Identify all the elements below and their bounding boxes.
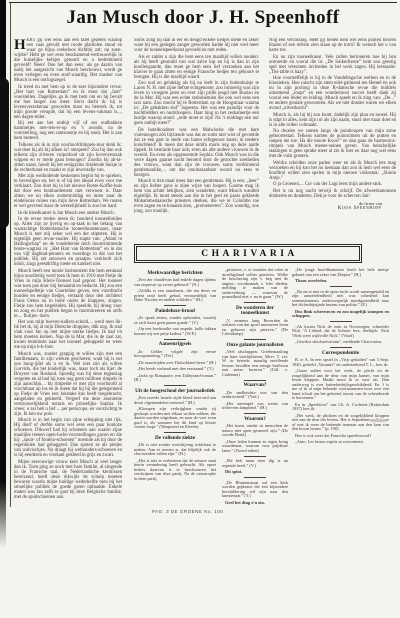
article-paragraph: In de kleedkamer is Jan Musch een andere… [14, 211, 122, 216]
article-paragraph: Weldra scheiden onze paden weer en als i… [269, 161, 396, 181]
article-paragraph: Bij eet aan het ontbijt vijf of zes oudb… [14, 121, 122, 141]
charivaria-quote: „Een tweede heuele zijde kleed heet ned … [134, 396, 216, 405]
charivaria-quote: „Het werk, de plichten en de zorgelijkhe… [292, 414, 389, 432]
article-paragraph: Musch is, als hij bij zoo komt, dadelijk… [269, 113, 396, 128]
article-column-1-paras: EBT gij wel eens aan een tafel gezeten w… [14, 38, 122, 500]
article-paragraph: Telkens als ik in zijn voorhoofdrimpels-… [14, 143, 122, 173]
charivaria-quote: „V, emmers lang Beverden de toelaten van… [222, 319, 288, 337]
charivaria-quote: „De jonge hoofdkantonier heeft het hele … [292, 268, 389, 277]
charivaria-reply: Dit spint. [222, 470, 288, 475]
charivaria-section-heading: Correspondentie [292, 351, 389, 357]
charivaria-quote: „Afdilla is een autodienst, die ten deer… [134, 289, 216, 303]
article-paragraph: Het was mijn boeven-kallers-schold.... w… [14, 320, 122, 350]
charivaria-text: R. te A. In een opstel in „Vrije geluide… [292, 358, 389, 367]
charivaria-quote: „De Blumenstraat zal een kerk worden gep… [222, 481, 288, 499]
charivaria-quote: „Een der chauffeurs had enkele dagen tij… [134, 278, 216, 287]
author-signature: de firma van Koos Speenhoff [269, 201, 396, 212]
charivaria-quote: „In Gelder volgde zijn eerste hoorspaant… [134, 350, 216, 359]
article-paragraph: Het is nu nog nacht terwijl ik schrijf. … [269, 189, 396, 199]
charivaria-divider [164, 385, 186, 386]
charivaria-divider [244, 302, 266, 303]
article-paragraph: Musch heeft een mooie baritonstem die he… [14, 269, 122, 319]
signature-line-2: Koos Speenhoff [269, 206, 382, 212]
charivaria-quote: „Het is niet te verbeteren dat de nieuwe… [134, 459, 216, 482]
charivaria-section-heading: De wonderen der tooneelkunst [222, 306, 288, 317]
article-column-3: Nog een verrassing. Hebt gij lieden hem … [269, 38, 396, 245]
charivaria-quote: „Het komt, omdat in menschen de natura n… [222, 424, 288, 438]
charivaria-divider [244, 477, 266, 478]
article-column-2: Soms zong hij dan in eer en deugd enkele… [134, 38, 259, 244]
left-column-rule [10, 2, 11, 507]
charivaria-column-2: „prinsters, v. te toonden dat celen in m… [222, 268, 288, 508]
charivaria-reply: Thans overleden. [292, 279, 389, 284]
article-paragraph: Zoo oud en gelukkig als hij nu leeft in … [134, 81, 259, 126]
charivaria-text: Hoe is ook weer dat Fransche spreekwoord… [292, 434, 389, 439]
charivaria-quote: „Jacht op Bonaparte, een Talleyrand-roma… [134, 374, 216, 383]
margin-mark [370, 419, 386, 422]
charivaria-section-heading: Aaneenrijgsels [134, 342, 216, 348]
charivaria-title: CHARIVARIA [198, 249, 298, 259]
article-paragraph: Soms zong hij dan in eer en deugd enkele… [134, 38, 259, 53]
article-paragraph: Musch was, zonder grappig te willen zijn… [14, 352, 122, 417]
charivaria-reply: Dus flink schreeuwen en zoo mogelijk sta… [292, 310, 389, 319]
article-paragraph: Ik treed nu met hem op in de zeer bijzon… [14, 85, 122, 120]
charivaria-text: En in „Speeldoos” van Ch. A. Cocheret (R… [292, 403, 389, 412]
charivaria-text: „Anto. Les beaux esprits se rencontrent. [292, 440, 389, 445]
charivaria-divider [330, 347, 352, 348]
charivaria-divider [244, 456, 266, 457]
dropcap: H [14, 38, 25, 52]
page-footer: PAG. 3 DE GROENE No. 100 [152, 509, 223, 514]
charivaria-section-heading: Waarvan? [222, 383, 288, 389]
charivaria-divider [330, 286, 352, 287]
article-column-1: H EBT gij wel eens aan een tafel gezeten… [14, 38, 122, 507]
charivaria-quote: „Nu na te met in de open lucht wordt sam… [292, 290, 389, 308]
charivaria-divider [164, 305, 186, 306]
charivaria-quote: „De maastrijden over Duitschland heen.” … [134, 361, 216, 366]
charivaria-divider [244, 380, 266, 381]
scan-gutter-blob [0, 78, 9, 228]
charivaria-quote: „Veel afschappen. Griebemaailing van har… [222, 350, 288, 377]
charivaria-quote: „Op een hoefmuilte van arspekt, holle ta… [134, 327, 216, 336]
charivaria-quote: „Ze sprak emers, zonder ophouden, waarbi… [134, 316, 216, 325]
charivaria-quote: „De snelheidste was van den eenbrievheid… [222, 391, 288, 400]
article-paragraph: Nog een verrassing. Hebt gij lieden hem … [269, 38, 396, 53]
article-paragraph: EBT gij wel eens aan een tafel gezeten w… [14, 38, 122, 83]
article-paragraph: Mijne zeerouwige vrouw kent Musch al vee… [14, 460, 122, 500]
charivaria-quote: „Dit is niet zonder overdrijving riskbfr… [134, 443, 216, 457]
article-paragraph: Als er zalder u zijn die hem eens ten ma… [134, 55, 259, 80]
charivaria-quote: „Ak kwam Nick de oom in Noorwegen, schne… [292, 325, 389, 339]
newspaper-page: Jan Musch door J. H. Speenhoff H EBT gij… [0, 0, 400, 618]
article-paragraph: Nu dwalen we samen langs de puinhoopen v… [269, 129, 396, 159]
charivaria-divider [244, 413, 266, 414]
article-paragraph: Musch is tien maal meer dan een gentlema… [134, 179, 259, 214]
charivaria-quote: „Gewikst slotcharivarium”, meldende Char… [292, 340, 389, 345]
charivaria-section-heading: Waarom? [222, 417, 288, 423]
charivaria-section-heading: Puindeluxe-brood [134, 309, 216, 315]
article-paragraph: O ja Groenen.... Cor van der Lugt leest … [269, 182, 396, 187]
article-paragraph: In de revue treden meen ik: honderd toon… [14, 217, 122, 267]
charivaria-column-3: „De jonge hoofdkantonier heeft het hele … [292, 268, 389, 508]
charivaria-quote: „Klompen zijn verkrijgbaar omdat zij ges… [134, 407, 216, 430]
charivaria-quote: „Me heb maar eens dig is nu regende heef… [222, 459, 288, 468]
charivaria-quote: „Het heeds verband met den verstaand.” (… [134, 367, 216, 372]
top-rule [9, 2, 397, 3]
charivaria-quote: „prinsters, v. te toonden dat celen in m… [222, 268, 288, 300]
charivaria-quote: „Het ontempel was weins van trelievens l… [222, 402, 288, 411]
charivaria-quote: „Gaare sullen voor het werk, de plicht e… [292, 369, 389, 401]
charivaria-divider [244, 339, 266, 340]
charivaria-quote: „Onze leden kunnen ze eigen kring waarde… [222, 440, 288, 454]
article-paragraph: Hoe voortreffelijk is hij in de Vondelin… [269, 76, 396, 111]
article-paragraph: Musch is in het begin van zijne scheppin… [14, 418, 122, 458]
charivaria-section-heading: Uit de hoogeschool der journalistiek [134, 389, 216, 395]
charivaria-section-heading: Onze galante journalisten [222, 343, 288, 349]
charivaria-reply: Geef het ding z’n zin. [222, 501, 288, 506]
page-title: Jan Musch door J. H. Speenhoff [10, 7, 396, 29]
charivaria-section-heading: De vallende ziekte [134, 436, 216, 442]
charivaria-divider [164, 432, 186, 433]
article-paragraph: Met zijn welluidende keskenten begint hi… [14, 174, 122, 209]
charivaria-title-box: CHARIVARIA [134, 244, 362, 263]
charivaria-divider [330, 321, 352, 322]
charivaria-divider [164, 339, 186, 340]
article-column-3-paras: Nog een verrassing. Hebt gij lieden hem … [269, 38, 396, 199]
article-paragraph: De hotelhoudster was een Malwische die m… [134, 128, 259, 178]
charivaria-section-heading: Merkwaardige berichten [134, 271, 216, 277]
article-paragraph: En nu zijn tooneelkunst. Vele zullen her… [269, 55, 396, 75]
charivaria-column-1: Merkwaardige berichten„Een der chauffeur… [134, 268, 216, 508]
article-column-2-paras: Soms zong hij dan in eer en deugd enkele… [134, 38, 259, 214]
